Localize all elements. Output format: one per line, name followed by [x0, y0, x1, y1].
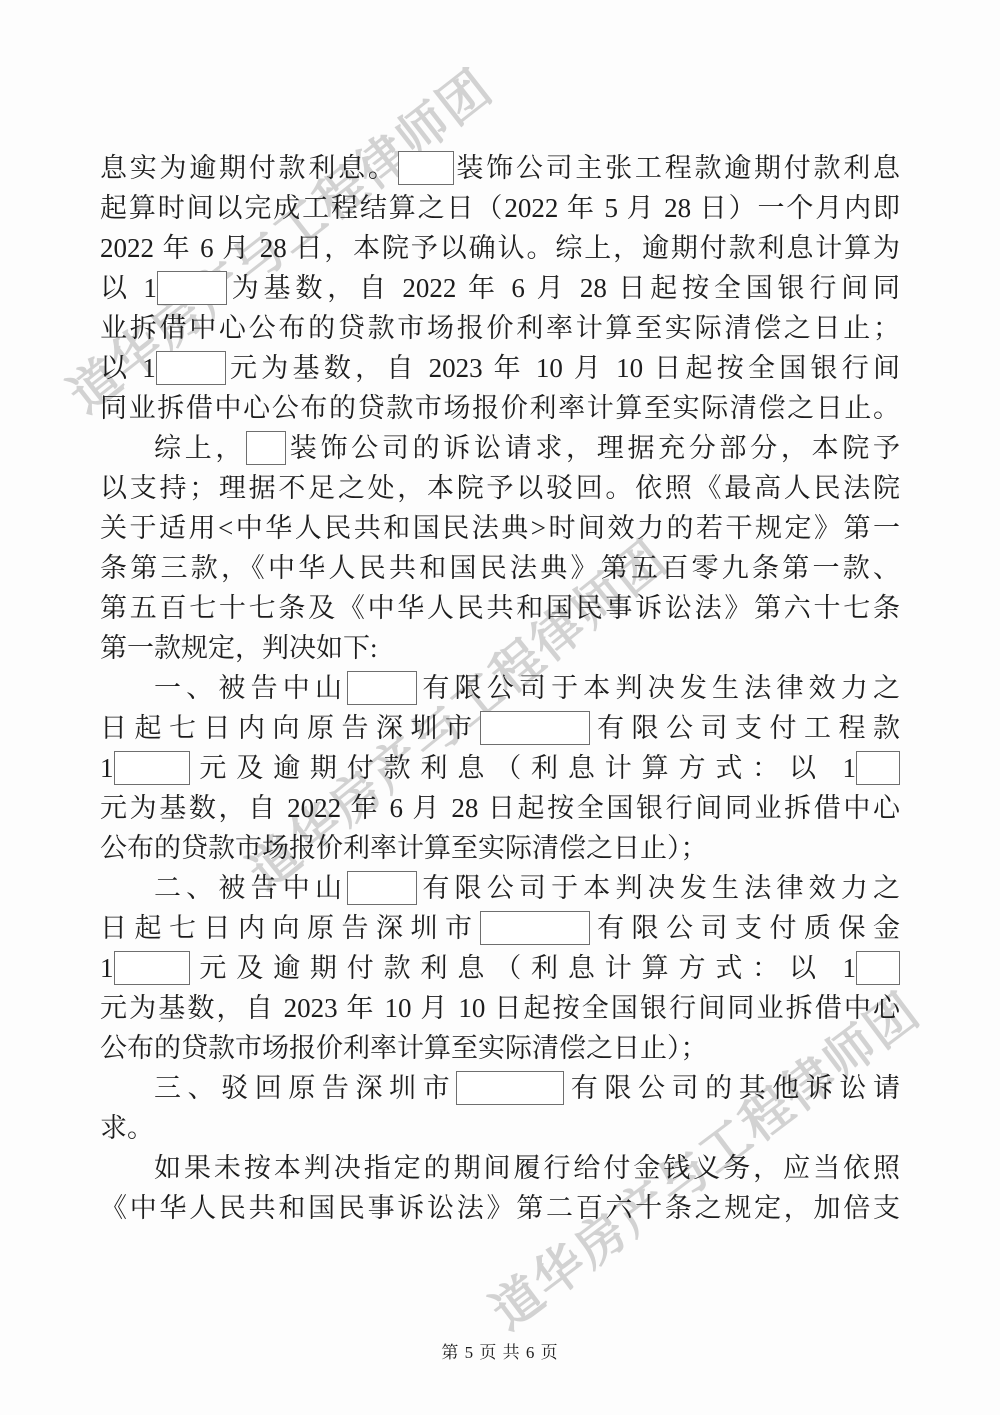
document-text: 为基数，自 2022 年 6 月 28 日起按全国银行间同 — [227, 273, 900, 303]
document-text: 公布的贷款市场报价利率计算至实际清偿之日止）； — [100, 1033, 708, 1063]
document-text: 业拆借中心公布的贷款市场报价利率计算至实际清偿之日止； — [100, 313, 900, 343]
document-line: 第五百七十七条及《中华人民共和国民事诉讼法》第六十七条 — [100, 588, 900, 628]
redaction-box — [114, 751, 190, 785]
document-text: 二、被告中山 — [154, 873, 347, 903]
document-line: 1元及逾期付款利息（利息计算方式：以 1 — [100, 748, 900, 788]
document-text: 求。 — [100, 1113, 154, 1143]
document-line: 《中华人民共和国民事诉讼法》第二百六十条之规定，加倍支 — [100, 1188, 900, 1228]
document-text: 元及逾期付款利息（利息计算方式：以 1 — [190, 753, 857, 783]
document-line: 如果未按本判决指定的期间履行给付金钱义务，应当依照 — [100, 1148, 900, 1188]
document-text: 有限公司的其他诉讼请 — [564, 1073, 900, 1103]
redaction-box — [156, 351, 226, 385]
document-line: 以支持；理据不足之处，本院予以驳回。依照《最高人民法院 — [100, 468, 900, 508]
document-text: 第一款规定，判决如下: — [100, 633, 378, 663]
document-text: 以 1 — [100, 353, 156, 383]
document-line: 2022 年 6 月 28 日，本院予以确认。综上，逾期付款利息计算为 — [100, 228, 900, 268]
document-line: 综上，装饰公司的诉讼请求，理据充分部分，本院予 — [100, 428, 900, 468]
redaction-box — [456, 1071, 564, 1105]
document-text: 三、驳回原告深圳市 — [154, 1073, 456, 1103]
document-text: 日起七日内向原告深圳市 — [100, 713, 480, 743]
document-text: 元及逾期付款利息（利息计算方式：以 1 — [190, 953, 857, 983]
document-text: 元为基数，自 2023 年 10 月 10 日起按全国银行间同业拆借中心 — [100, 993, 900, 1023]
document-text: 2022 年 6 月 28 日，本院予以确认。综上，逾期付款利息计算为 — [100, 233, 900, 263]
document-text: 息实为逾期付款利息。 — [100, 153, 398, 183]
redaction-box — [347, 871, 417, 905]
document-line: 日起七日内向原告深圳市有限公司支付工程款 — [100, 708, 900, 748]
document-text: 以 1 — [100, 273, 157, 303]
document-text: 装饰公司主张工程款逾期付款利息 — [454, 153, 900, 183]
document-text: 日起七日内向原告深圳市 — [100, 913, 480, 943]
document-text: 1 — [100, 753, 114, 783]
redaction-box — [480, 911, 590, 945]
document-line: 三、驳回原告深圳市有限公司的其他诉讼请 — [100, 1068, 900, 1108]
document-text: 有限公司于本判决发生法律效力之 — [417, 673, 900, 703]
document-text: 装饰公司的诉讼请求，理据充分部分，本院予 — [286, 433, 900, 463]
document-text: 一、被告中山 — [154, 673, 347, 703]
redaction-box — [856, 751, 900, 785]
document-line: 以 1元为基数，自 2023 年 10 月 10 日起按全国银行间 — [100, 348, 900, 388]
document-line: 关于适用<中华人民共和国民法典>时间效力的若干规定》第一 — [100, 508, 900, 548]
document-text: 有限公司支付工程款 — [590, 713, 901, 743]
document-text: 条第三款，《中华人民共和国民法典》第五百零九条第一款、 — [100, 553, 900, 583]
redaction-box — [114, 951, 190, 985]
document-line: 以 1为基数，自 2022 年 6 月 28 日起按全国银行间同 — [100, 268, 900, 308]
redaction-box — [398, 151, 454, 185]
document-text: 综上， — [154, 433, 246, 463]
document-line: 日起七日内向原告深圳市有限公司支付质保金 — [100, 908, 900, 948]
document-line: 二、被告中山有限公司于本判决发生法律效力之 — [100, 868, 900, 908]
document-text: 1 — [100, 953, 114, 983]
redaction-box — [480, 711, 590, 745]
document-text: 《中华人民共和国民事诉讼法》第二百六十条之规定，加倍支 — [100, 1193, 900, 1223]
document-line: 元为基数，自 2023 年 10 月 10 日起按全国银行间同业拆借中心 — [100, 988, 900, 1028]
document-text: 有限公司支付质保金 — [590, 913, 901, 943]
document-line: 起算时间以完成工程结算之日（2022 年 5 月 28 日）一个月内即 — [100, 188, 900, 228]
redaction-box — [157, 271, 227, 305]
document-line: 元为基数，自 2022 年 6 月 28 日起按全国银行间同业拆借中心 — [100, 788, 900, 828]
redaction-box — [246, 431, 286, 465]
document-text: 如果未按本判决指定的期间履行给付金钱义务，应当依照 — [154, 1153, 900, 1183]
document-line: 公布的贷款市场报价利率计算至实际清偿之日止）； — [100, 1028, 900, 1068]
document-line: 求。 — [100, 1108, 900, 1148]
document-text: 同业拆借中心公布的贷款市场报价利率计算至实际清偿之日止。 — [100, 393, 900, 423]
page-footer: 第 5 页 共 6 页 — [0, 1338, 1000, 1363]
document-text: 元为基数，自 2022 年 6 月 28 日起按全国银行间同业拆借中心 — [100, 793, 900, 823]
redaction-box — [347, 671, 417, 705]
document-line: 公布的贷款市场报价利率计算至实际清偿之日止）； — [100, 828, 900, 868]
document-text: 第五百七十七条及《中华人民共和国民事诉讼法》第六十七条 — [100, 593, 900, 623]
page: 道华房产与工程律师团道华房产与工程律师团道华房产与工程律师团 息实为逾期付款利息… — [0, 0, 1000, 1415]
document-text: 公布的贷款市场报价利率计算至实际清偿之日止）； — [100, 833, 708, 863]
document-text: 起算时间以完成工程结算之日（2022 年 5 月 28 日）一个月内即 — [100, 193, 900, 223]
document-line: 同业拆借中心公布的贷款市场报价利率计算至实际清偿之日止。 — [100, 388, 900, 428]
document-line: 第一款规定，判决如下: — [100, 628, 900, 668]
document-line: 息实为逾期付款利息。装饰公司主张工程款逾期付款利息 — [100, 148, 900, 188]
document-line: 1元及逾期付款利息（利息计算方式：以 1 — [100, 948, 900, 988]
document-body: 息实为逾期付款利息。装饰公司主张工程款逾期付款利息起算时间以完成工程结算之日（2… — [100, 148, 900, 1228]
document-text: 关于适用<中华人民共和国民法典>时间效力的若干规定》第一 — [100, 513, 900, 543]
document-text: 元为基数，自 2023 年 10 月 10 日起按全国银行间 — [226, 353, 900, 383]
document-text: 有限公司于本判决发生法律效力之 — [417, 873, 900, 903]
redaction-box — [856, 951, 900, 985]
document-line: 条第三款，《中华人民共和国民法典》第五百零九条第一款、 — [100, 548, 900, 588]
document-line: 业拆借中心公布的贷款市场报价利率计算至实际清偿之日止； — [100, 308, 900, 348]
document-text: 以支持；理据不足之处，本院予以驳回。依照《最高人民法院 — [100, 473, 900, 503]
document-line: 一、被告中山有限公司于本判决发生法律效力之 — [100, 668, 900, 708]
